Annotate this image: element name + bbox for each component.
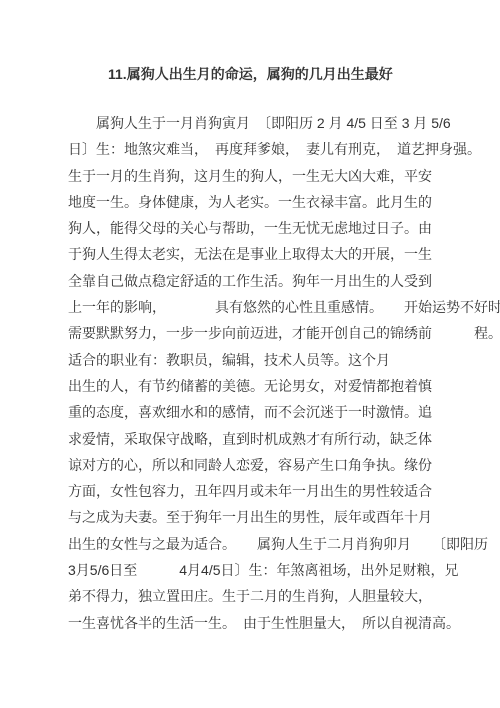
text-line-4: 地度一生。身体健康，为人老实。一生衣禄丰富。此月生的: [68, 189, 492, 215]
document-page: 11.属狗人出生月的命运，属狗的几月出生最好 属狗人生于一月肖狗寅月 〔即阳历 …: [0, 0, 500, 708]
text-line-11: 出生的人，有节约储蓄的美德。无论男女，对爱情都抱着慎: [68, 373, 492, 399]
text-line-15: 方面，女性包容力，丑年四月或未年一月出生的男性较适合: [68, 478, 492, 504]
text-line-12: 重的态度，喜欢细水和的感情，而不会沉迷于一时激情。追: [68, 399, 492, 425]
text-line-7: 全靠自己做点稳定舒适的工作生活。狗年一月出生的人受到: [68, 268, 492, 294]
text-line-10: 适合的职业有：教职员，编辑，技术人员等。这个月: [68, 347, 492, 373]
text-line-1: 属狗人生于一月肖狗寅月 〔即阳历 2 月 4/5 日至 3 月 5/6: [68, 110, 492, 136]
text-line-18: 3月5/6日至 4月4/5日〕生：年煞离祖场，出外足财粮，兄: [68, 557, 492, 583]
text-line-20: 一生喜忧各半的生活一生。 由于生性胆量大， 所以自视清高。: [68, 610, 492, 636]
text-line-5: 狗人，能得父母的关心与帮助，一生无忧无虑地过日子。由: [68, 215, 492, 241]
text-line-8: 上一年的影响， 具有悠然的心性且重感情。 开始运势不好时，: [68, 294, 492, 320]
text-line-16: 与之成为夫妻。至于狗年一月出生的男性，辰年或酉年十月: [68, 504, 492, 530]
text-line-3: 生于一月的生肖狗，这月生的狗人，一生无大凶大难，平安: [68, 163, 492, 189]
text-line-6: 于狗人生得太老实，无法在是事业上取得太大的开展，一生: [68, 241, 492, 267]
text-line-13: 求爱情，采取保守战略，直到时机成熟才有所行动，缺乏体: [68, 426, 492, 452]
document-title: 11.属狗人出生月的命运，属狗的几月出生最好: [108, 64, 393, 84]
text-line-14: 谅对方的心，所以和同龄人恋爱，容易产生口角争执。缘份: [68, 452, 492, 478]
text-line-19: 弟不得力，独立置田庄。生于二月的生肖狗，人胆量较大，: [68, 583, 492, 609]
document-body: 属狗人生于一月肖狗寅月 〔即阳历 2 月 4/5 日至 3 月 5/6 日〕生：…: [68, 110, 492, 636]
text-line-17: 出生的女性与之最为适合。 属狗人生于二月肖狗卯月 〔即阳历: [68, 531, 492, 557]
text-line-2: 日〕生：地煞灾难当， 再度拜爹娘， 妻儿有刑克， 道艺押身强。: [68, 136, 492, 162]
text-line-9: 需要默默努力，一步一步向前迈进，才能开创自己的锦绣前 程。: [68, 320, 492, 346]
